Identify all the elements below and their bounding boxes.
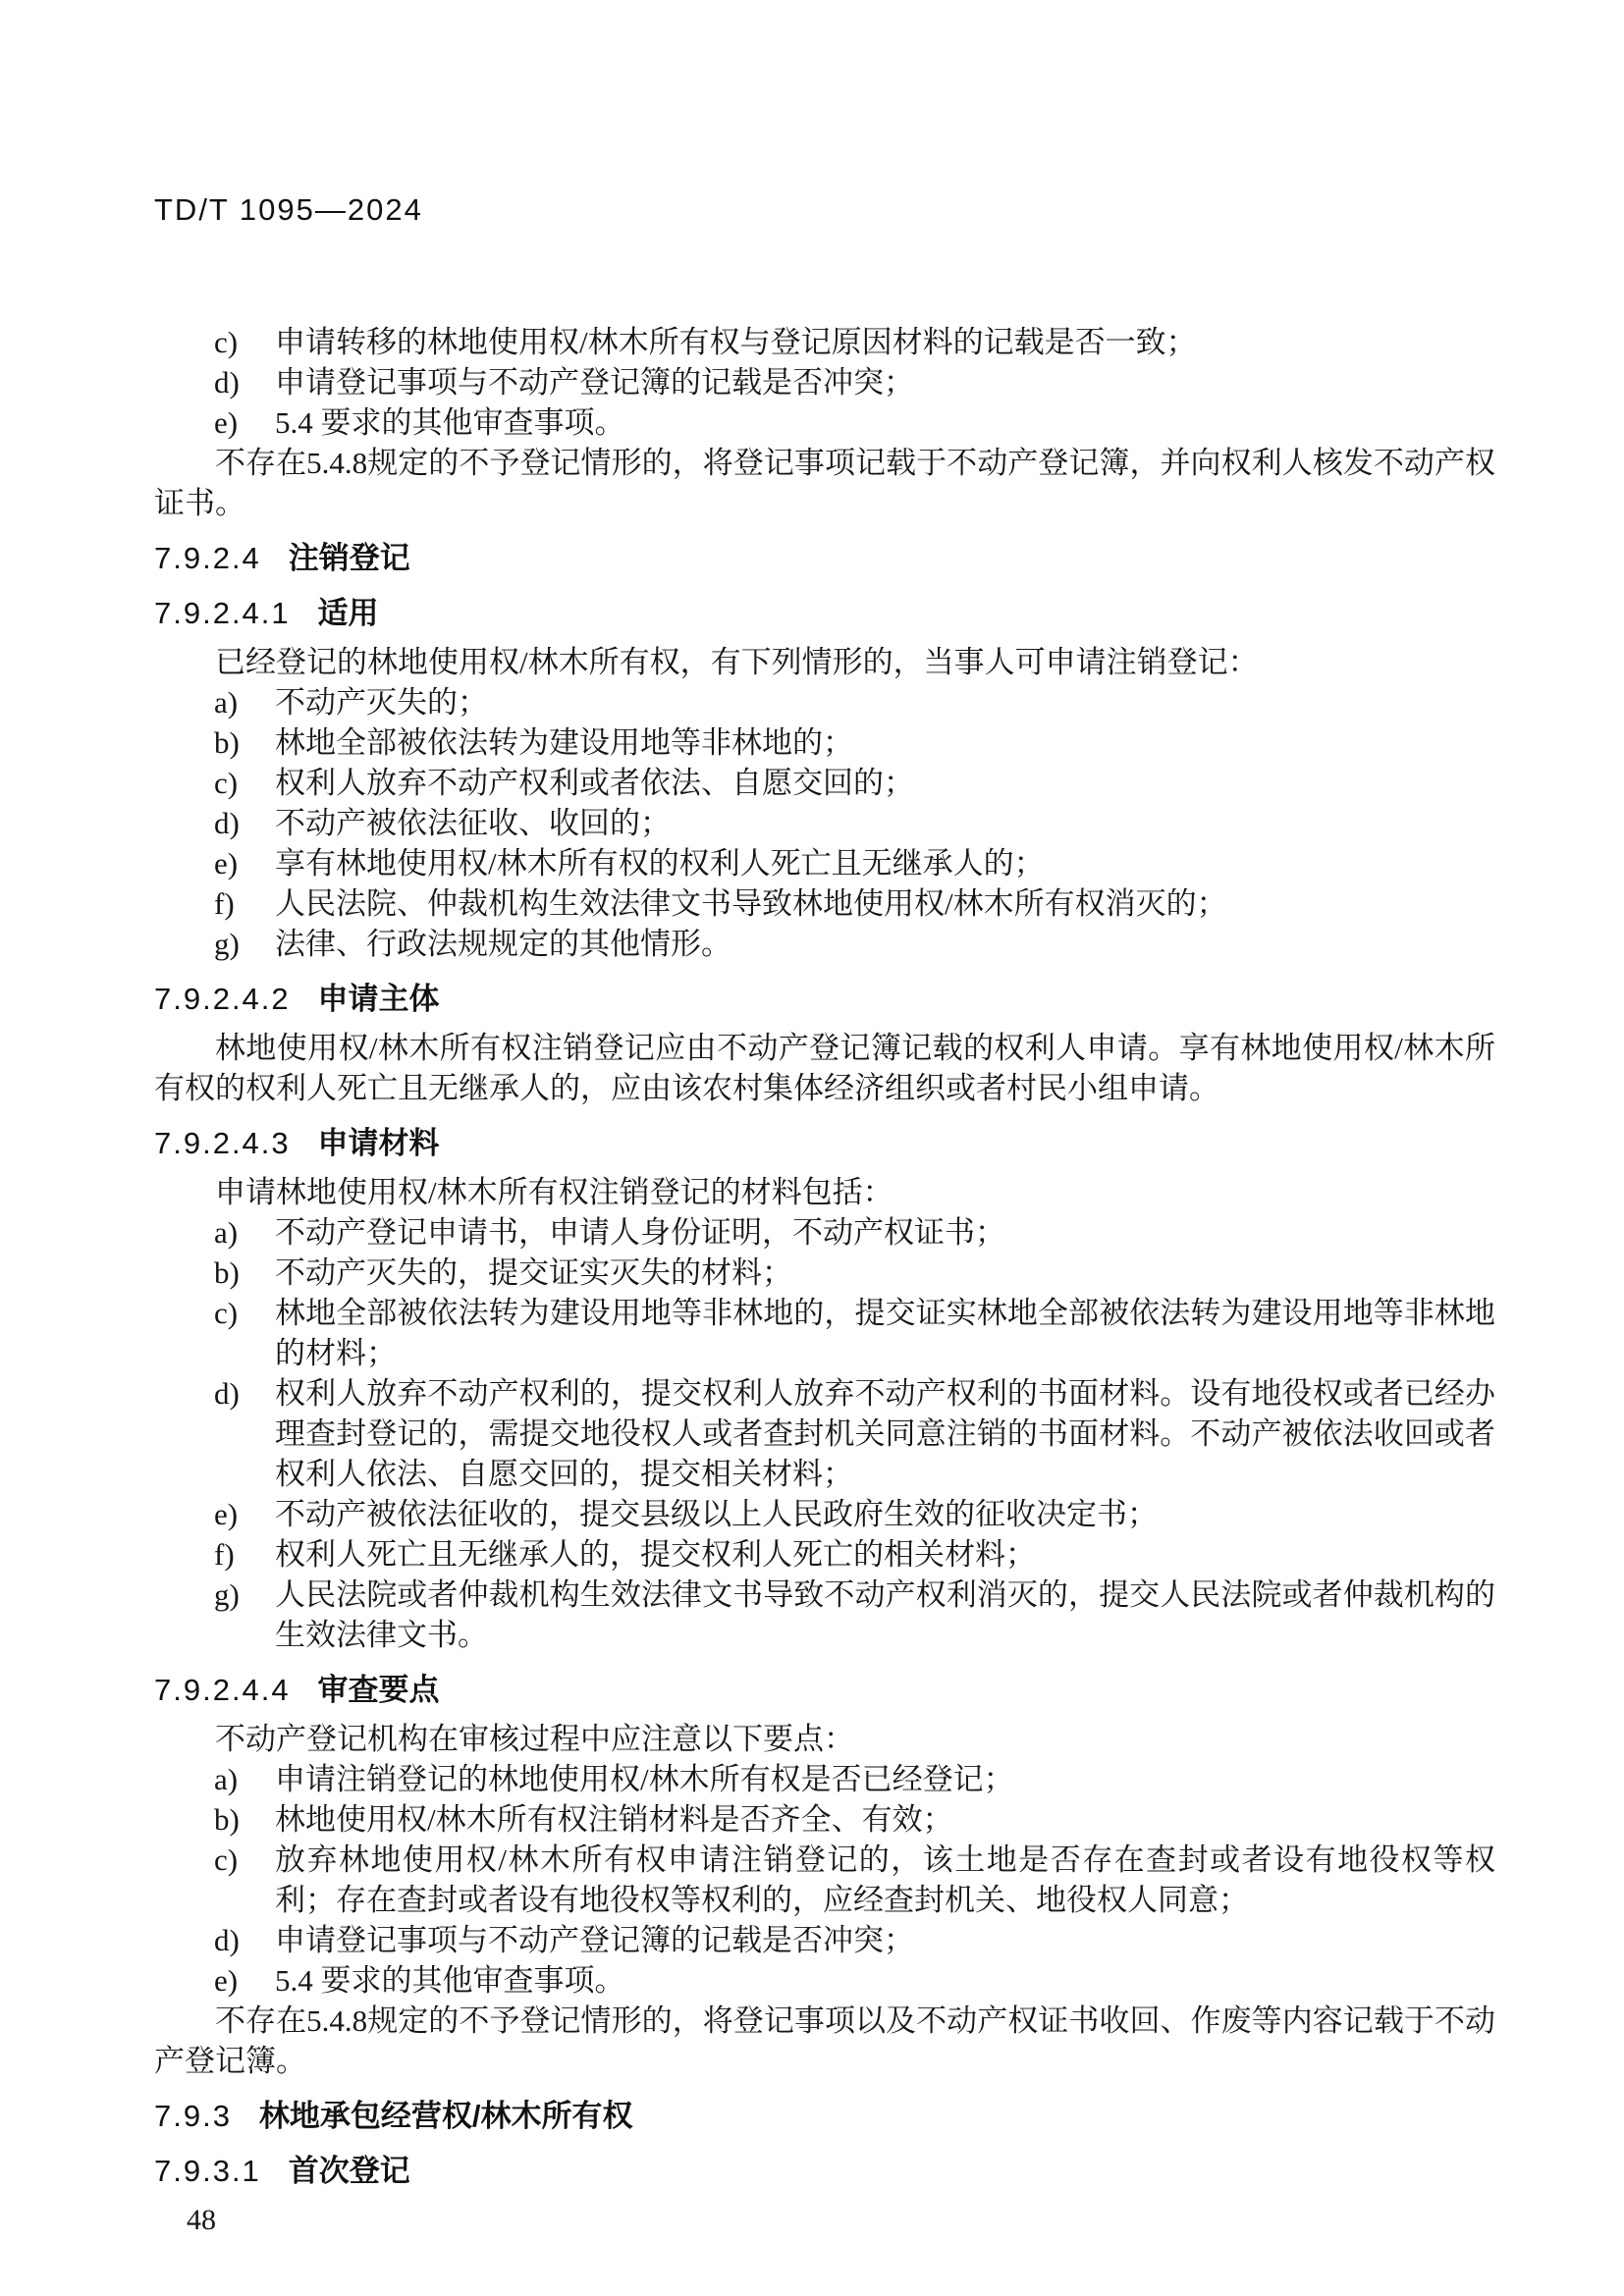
list-text: 申请登记事项与不动产登记簿的记载是否冲突； bbox=[275, 1923, 914, 1957]
section-title: 首次登记 bbox=[289, 2154, 410, 2188]
section-list: a) 不动产登记申请书，申请人身份证明，不动产权证书； b) 不动产灭失的，提交… bbox=[154, 1212, 1495, 1655]
section-title: 申请材料 bbox=[318, 1126, 440, 1160]
list-item: d) 申请登记事项与不动产登记簿的记载是否冲突； bbox=[154, 362, 1495, 402]
section-list: a) 申请注销登记的林地使用权/林木所有权是否已经登记； b) 林地使用权/林木… bbox=[154, 1759, 1495, 2001]
list-item: b) 不动产灭失的，提交证实灭失的材料； bbox=[154, 1253, 1495, 1293]
section-number: 7.9.2.4.3 bbox=[154, 1126, 291, 1160]
list-item: d) 不动产被依法征收、收回的； bbox=[154, 803, 1495, 843]
list-text: 不动产被依法征收的，提交县级以上人民政府生效的征收决定书； bbox=[275, 1497, 1158, 1531]
paragraph: 申请林地使用权/林木所有权注销登记的材料包括： bbox=[154, 1172, 1495, 1212]
list-marker: e) bbox=[214, 402, 238, 443]
list-item: c) 申请转移的林地使用权/林木所有权与登记原因材料的记载是否一致； bbox=[154, 322, 1495, 362]
section-number: 7.9.2.4.2 bbox=[154, 982, 291, 1016]
section-number: 7.9.2.4.4 bbox=[154, 1673, 291, 1707]
list-text: 林地全部被依法转为建设用地等非林地的； bbox=[275, 725, 853, 760]
list-marker: e) bbox=[214, 1960, 238, 2001]
list-text: 不动产登记申请书，申请人身份证明，不动产权证书； bbox=[275, 1215, 1005, 1250]
prelude-list: c) 申请转移的林地使用权/林木所有权与登记原因材料的记载是否一致； d) 申请… bbox=[154, 322, 1495, 443]
list-text: 放弃林地使用权/林木所有权申请注销登记的，该土地是否存在查封或者设有地役权等权利… bbox=[275, 1842, 1495, 1917]
list-marker: a) bbox=[214, 1212, 238, 1253]
list-text: 申请注销登记的林地使用权/林木所有权是否已经登记； bbox=[275, 1762, 1014, 1796]
list-marker: d) bbox=[214, 362, 240, 402]
list-text: 人民法院或者仲裁机构生效法律文书导致不动产权利消灭的，提交人民法院或者仲裁机构的… bbox=[275, 1577, 1495, 1652]
list-text: 享有林地使用权/林木所有权的权利人死亡且无继承人的； bbox=[275, 846, 1045, 881]
list-text: 5.4 要求的其他审查事项。 bbox=[275, 1963, 625, 1998]
list-marker: b) bbox=[214, 1799, 240, 1840]
list-marker: c) bbox=[214, 1293, 238, 1333]
list-item: e) 5.4 要求的其他审查事项。 bbox=[154, 1960, 1495, 2001]
list-marker: f) bbox=[214, 1534, 235, 1575]
list-item: a) 不动产灭失的； bbox=[154, 682, 1495, 722]
list-text: 5.4 要求的其他审查事项。 bbox=[275, 405, 625, 440]
list-item: g) 人民法院或者仲裁机构生效法律文书导致不动产权利消灭的，提交人民法院或者仲裁… bbox=[154, 1575, 1495, 1655]
list-item: b) 林地使用权/林木所有权注销材料是否齐全、有效； bbox=[154, 1799, 1495, 1840]
section-heading: 7.9.2.4.2申请主体 bbox=[154, 979, 1495, 1019]
list-text: 林地全部被依法转为建设用地等非林地的，提交证实林地全部被依法转为建设用地等非林地… bbox=[275, 1296, 1495, 1370]
paragraph: 不存在5.4.8规定的不予登记情形的，将登记事项以及不动产权证书收回、作废等内容… bbox=[154, 2001, 1495, 2081]
section-number: 7.9.3.1 bbox=[154, 2154, 261, 2188]
list-marker: d) bbox=[214, 803, 240, 843]
list-marker: b) bbox=[214, 1253, 240, 1293]
list-marker: a) bbox=[214, 682, 238, 722]
paragraph: 不动产登记机构在审核过程中应注意以下要点： bbox=[154, 1719, 1495, 1759]
list-marker: b) bbox=[214, 722, 240, 763]
list-marker: g) bbox=[214, 1575, 240, 1615]
list-text: 权利人放弃不动产权利的，提交权利人放弃不动产权利的书面材料。设有地役权或者已经办… bbox=[275, 1376, 1495, 1491]
list-marker: d) bbox=[214, 1920, 240, 1960]
list-marker: f) bbox=[214, 883, 235, 924]
paragraph: 已经登记的林地使用权/林木所有权，有下列情形的，当事人可申请注销登记： bbox=[154, 642, 1495, 682]
list-marker: g) bbox=[214, 924, 240, 964]
page-number: 48 bbox=[187, 2200, 1495, 2240]
list-marker: d) bbox=[214, 1373, 240, 1414]
document-content: c) 申请转移的林地使用权/林木所有权与登记原因材料的记载是否一致； d) 申请… bbox=[154, 322, 1495, 2240]
section-heading: 7.9.2.4.4审查要点 bbox=[154, 1670, 1495, 1710]
section-list: a) 不动产灭失的； b) 林地全部被依法转为建设用地等非林地的； c) 权利人… bbox=[154, 682, 1495, 964]
list-item: c) 林地全部被依法转为建设用地等非林地的，提交证实林地全部被依法转为建设用地等… bbox=[154, 1293, 1495, 1373]
section-heading: 7.9.3林地承包经营权/林木所有权 bbox=[154, 2096, 1495, 2136]
list-text: 人民法院、仲裁机构生效法律文书导致林地使用权/林木所有权消灭的； bbox=[275, 886, 1227, 921]
list-text: 权利人放弃不动产权利或者依法、自愿交回的； bbox=[275, 766, 914, 800]
section-number: 7.9.2.4 bbox=[154, 541, 261, 575]
paragraph: 林地使用权/林木所有权注销登记应由不动产登记簿记载的权利人申请。享有林地使用权/… bbox=[154, 1028, 1495, 1108]
list-marker: e) bbox=[214, 843, 238, 883]
list-text: 不动产灭失的，提交证实灭失的材料； bbox=[275, 1255, 792, 1290]
list-text: 林地使用权/林木所有权注销材料是否齐全、有效； bbox=[275, 1802, 953, 1837]
list-item: g) 法律、行政法规规定的其他情形。 bbox=[154, 924, 1495, 964]
list-item: a) 不动产登记申请书，申请人身份证明，不动产权证书； bbox=[154, 1212, 1495, 1253]
list-text: 不动产被依法征收、收回的； bbox=[275, 806, 671, 840]
section-title: 申请主体 bbox=[318, 982, 440, 1016]
list-item: e) 5.4 要求的其他审查事项。 bbox=[154, 402, 1495, 443]
section-title: 审查要点 bbox=[318, 1673, 440, 1707]
list-item: f) 权利人死亡且无继承人的，提交权利人死亡的相关材料； bbox=[154, 1534, 1495, 1575]
list-marker: a) bbox=[214, 1759, 238, 1799]
list-item: a) 申请注销登记的林地使用权/林木所有权是否已经登记； bbox=[154, 1759, 1495, 1799]
section-heading: 7.9.3.1首次登记 bbox=[154, 2151, 1495, 2191]
section-heading: 7.9.2.4注销登记 bbox=[154, 538, 1495, 578]
section-heading: 7.9.2.4.3申请材料 bbox=[154, 1123, 1495, 1163]
list-text: 申请登记事项与不动产登记簿的记载是否冲突； bbox=[275, 365, 914, 400]
section-number: 7.9.3 bbox=[154, 2099, 232, 2133]
list-marker: c) bbox=[214, 763, 238, 803]
list-marker: e) bbox=[214, 1494, 238, 1534]
list-text: 申请转移的林地使用权/林木所有权与登记原因材料的记载是否一致； bbox=[275, 325, 1197, 359]
list-marker: c) bbox=[214, 1840, 238, 1880]
section-title: 适用 bbox=[318, 596, 379, 630]
list-text: 不动产灭失的； bbox=[275, 685, 488, 720]
list-item: b) 林地全部被依法转为建设用地等非林地的； bbox=[154, 722, 1495, 763]
list-item: d) 权利人放弃不动产权利的，提交权利人放弃不动产权利的书面材料。设有地役权或者… bbox=[154, 1373, 1495, 1494]
list-item: c) 权利人放弃不动产权利或者依法、自愿交回的； bbox=[154, 763, 1495, 803]
list-item: e) 享有林地使用权/林木所有权的权利人死亡且无继承人的； bbox=[154, 843, 1495, 883]
section-title: 林地承包经营权/林木所有权 bbox=[259, 2099, 633, 2133]
list-marker: c) bbox=[214, 322, 238, 362]
section-title: 注销登记 bbox=[289, 541, 410, 575]
list-item: d) 申请登记事项与不动产登记簿的记载是否冲突； bbox=[154, 1920, 1495, 1960]
list-item: c) 放弃林地使用权/林木所有权申请注销登记的，该土地是否存在查封或者设有地役权… bbox=[154, 1840, 1495, 1920]
list-text: 权利人死亡且无继承人的，提交权利人死亡的相关材料； bbox=[275, 1537, 1036, 1572]
list-item: e) 不动产被依法征收的，提交县级以上人民政府生效的征收决定书； bbox=[154, 1494, 1495, 1534]
list-text: 法律、行政法规规定的其他情形。 bbox=[275, 927, 731, 961]
section-number: 7.9.2.4.1 bbox=[154, 596, 291, 630]
paragraph: 不存在5.4.8规定的不予登记情形的，将登记事项记载于不动产登记簿，并向权利人核… bbox=[154, 443, 1495, 523]
list-item: f) 人民法院、仲裁机构生效法律文书导致林地使用权/林木所有权消灭的； bbox=[154, 883, 1495, 924]
doc-code: TD/T 1095—2024 bbox=[154, 192, 423, 228]
section-heading: 7.9.2.4.1适用 bbox=[154, 593, 1495, 633]
document-page: TD/T 1095—2024 c) 申请转移的林地使用权/林木所有权与登记原因材… bbox=[0, 0, 1624, 2296]
